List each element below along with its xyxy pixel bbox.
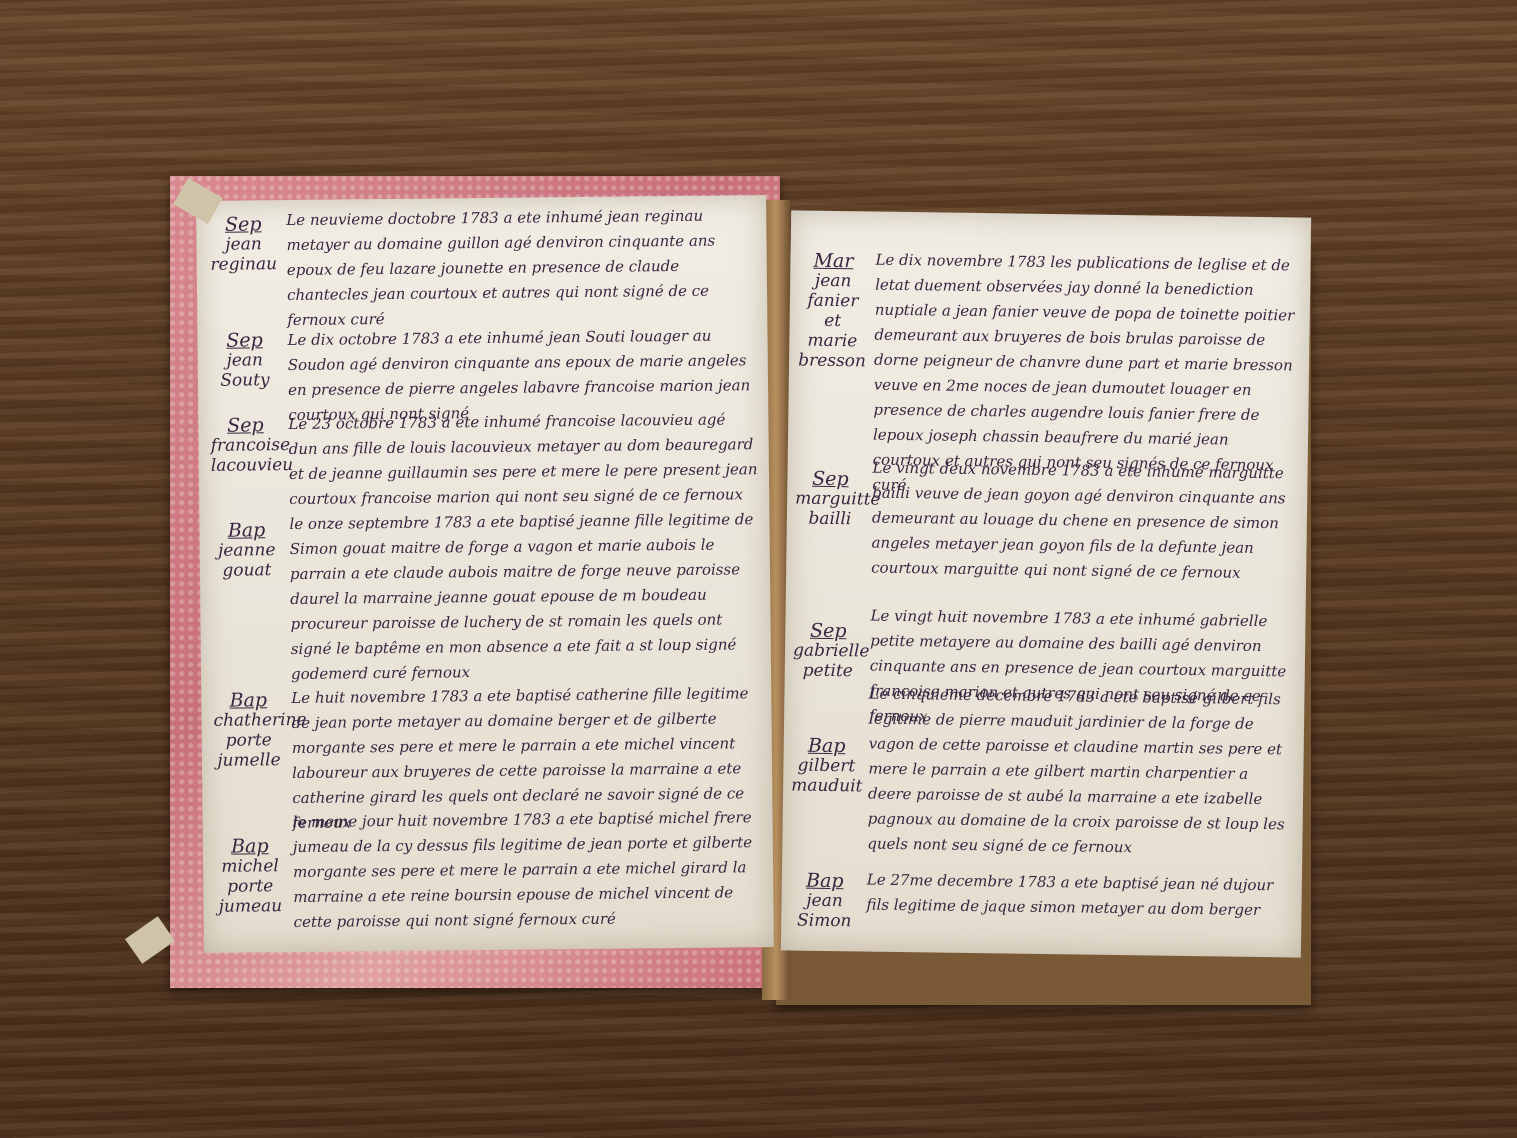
register-entry: le onze septembre 1783 a ete baptisé jea… bbox=[289, 507, 761, 687]
left-page: Sepjeanreginau Le neuvieme doctobre 1783… bbox=[196, 195, 774, 953]
register-entry: Le neuvieme doctobre 1783 a ete inhumé j… bbox=[286, 203, 757, 333]
margin-note: SepjeanSouty bbox=[209, 330, 280, 391]
margin-note: Sepmarguittebailli bbox=[795, 468, 866, 529]
margin-note: Sepgabriellepetite bbox=[793, 620, 864, 681]
margin-note: Sepjeanreginau bbox=[208, 214, 279, 275]
margin-note: Bapgilbertmauduit bbox=[791, 735, 862, 796]
margin-note: Bapchatherineportejumelle bbox=[213, 690, 284, 771]
register-entry: Le cinquieme decembre 1783 a ete baptisé… bbox=[867, 682, 1294, 863]
margin-note: BapjeanSimon bbox=[789, 870, 860, 931]
right-page: Marjeanfanieretmariebresson Le dix novem… bbox=[781, 210, 1311, 957]
register-entry: le meme jour huit novembre 1783 a ete ba… bbox=[292, 805, 763, 935]
register-entry: Le 27me decembre 1783 a ete baptisé jean… bbox=[866, 868, 1292, 924]
margin-note: Bapjeannegouat bbox=[211, 520, 282, 581]
torn-corner bbox=[125, 916, 175, 964]
register-entry: Le vingt deux novembre 1783 a ete inhumé… bbox=[871, 456, 1298, 587]
margin-note: Bapmichelportejumeau bbox=[215, 836, 286, 917]
register-entry: Le 23 octobre 1783 a ete inhumé francois… bbox=[288, 407, 759, 512]
margin-note: Marjeanfanieretmariebresson bbox=[797, 251, 869, 372]
margin-note: Sepfrancoiselacouvieu bbox=[210, 415, 281, 476]
